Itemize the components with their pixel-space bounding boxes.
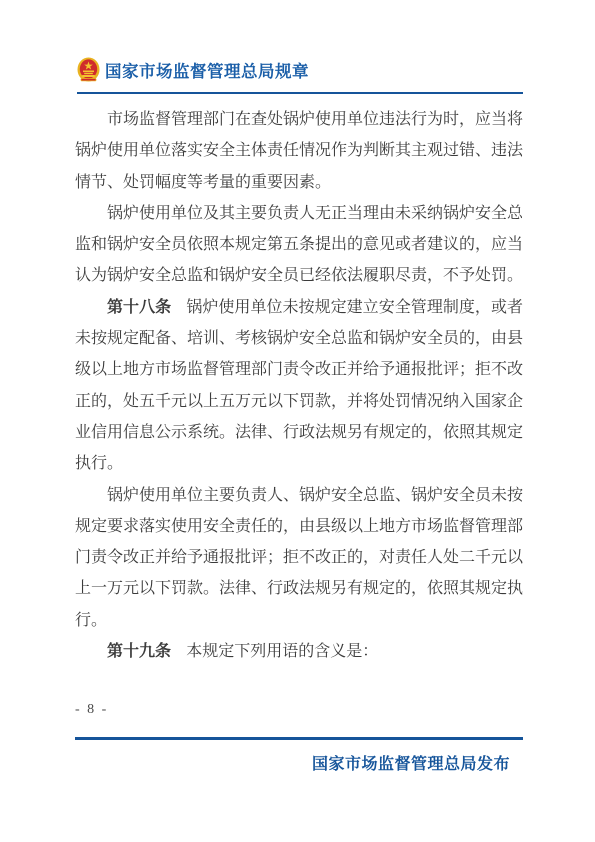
paragraph: 市场监督管理部门在查处锅炉使用单位违法行为时，应当将锅炉使用单位落实安全主体责任… bbox=[75, 104, 523, 198]
paragraph: 锅炉使用单位及其主要负责人无正当理由未采纳锅炉安全总监和锅炉安全员依照本规定第五… bbox=[75, 198, 523, 292]
paragraph: 第十八条锅炉使用单位未按规定建立安全管理制度，或者未按规定配备、培训、考核锅炉安… bbox=[75, 292, 523, 480]
document-page: 国家市场监督管理总局规章 市场监督管理部门在查处锅炉使用单位违法行为时，应当将锅… bbox=[0, 0, 595, 842]
national-emblem-icon bbox=[77, 57, 100, 82]
document-header-title: 国家市场监督管理总局规章 bbox=[105, 58, 309, 82]
document-body: 市场监督管理部门在查处锅炉使用单位违法行为时，应当将锅炉使用单位落实安全主体责任… bbox=[75, 104, 523, 667]
paragraph: 第十九条本规定下列用语的含义是： bbox=[75, 636, 523, 667]
article-number: 第十九条 bbox=[107, 643, 171, 660]
paragraph-text: 锅炉使用单位及其主要负责人无正当理由未采纳锅炉安全总监和锅炉安全员依照本规定第五… bbox=[75, 205, 523, 285]
page-number: - 8 - bbox=[75, 702, 108, 718]
paragraph-text: 本规定下列用语的含义是： bbox=[186, 643, 378, 660]
article-number: 第十八条 bbox=[107, 299, 171, 316]
paragraph: 锅炉使用单位主要负责人、锅炉安全总监、锅炉安全员未按规定要求落实使用安全责任的，… bbox=[75, 480, 523, 636]
page-header: 国家市场监督管理总局规章 bbox=[77, 57, 523, 82]
paragraph-text: 锅炉使用单位未按规定建立安全管理制度，或者未按规定配备、培训、考核锅炉安全总监和… bbox=[75, 299, 523, 472]
footer-divider bbox=[75, 737, 523, 740]
paragraph-text: 市场监督管理部门在查处锅炉使用单位违法行为时，应当将锅炉使用单位落实安全主体责任… bbox=[75, 111, 523, 191]
paragraph-text: 锅炉使用单位主要负责人、锅炉安全总监、锅炉安全员未按规定要求落实使用安全责任的，… bbox=[75, 487, 523, 629]
publisher-label: 国家市场监督管理总局发布 bbox=[312, 751, 510, 774]
header-divider bbox=[77, 92, 523, 94]
